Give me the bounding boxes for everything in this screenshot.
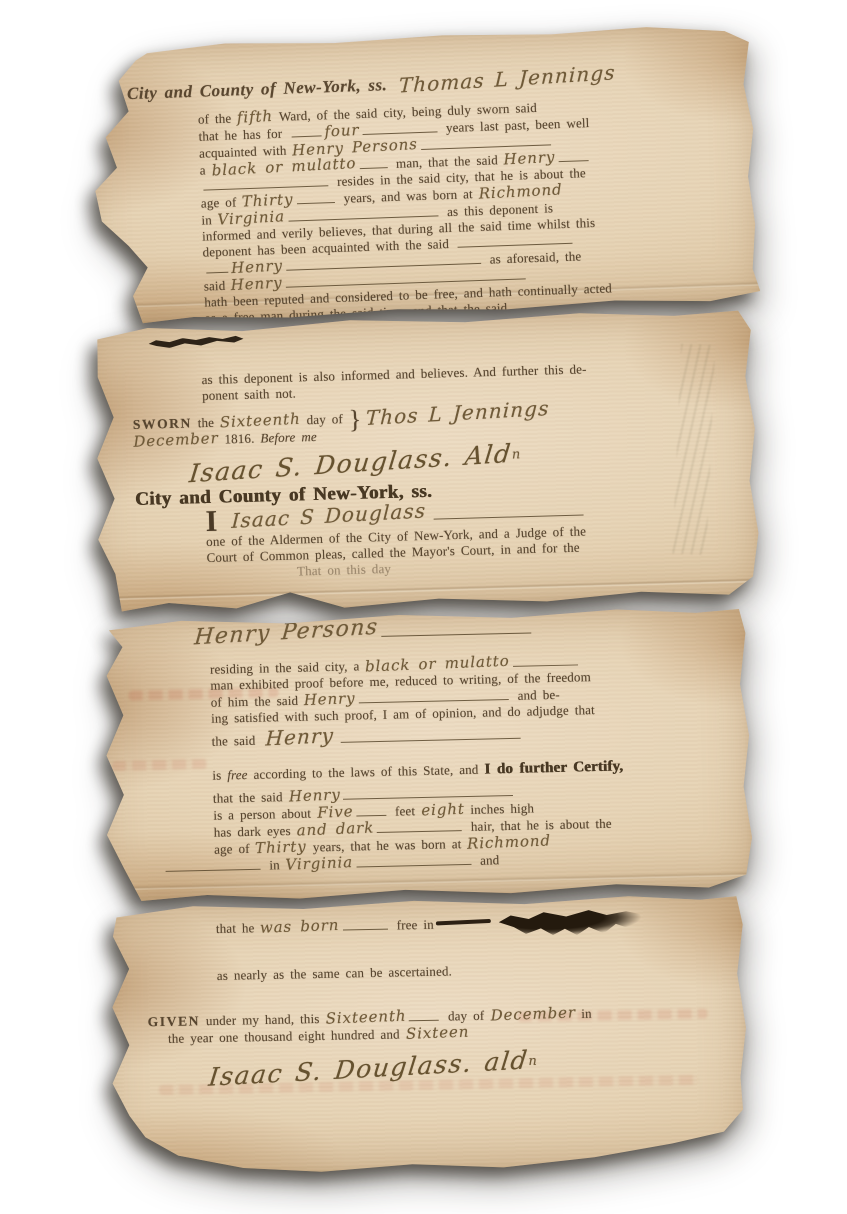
handwritten-entry: Sixteenth: [325, 1008, 406, 1027]
document-strip-3: Henry Personsresiding in the said city, …: [89, 605, 755, 904]
handwritten-entry: Henry: [231, 274, 284, 293]
printed-text: in: [201, 212, 218, 228]
handwritten-signature: Isaac S. Douglass. Ald: [188, 446, 512, 482]
handwritten-name: Thomas L Jennings: [398, 64, 615, 93]
signature-superscript: n: [528, 1054, 537, 1069]
handwritten-name: Henry: [265, 727, 334, 746]
blank-fill-rule: [288, 204, 438, 221]
ink-strike: [436, 919, 491, 925]
strip-4-text: that he was born free inas nearly as the…: [95, 892, 748, 1086]
printed-text: under my hand, this: [200, 1011, 326, 1028]
handwritten-entry: and dark: [296, 819, 374, 838]
blank-fill-rule: [206, 261, 228, 274]
scanned-document: City and County of New-York, ss. Thomas …: [0, 0, 847, 1214]
blank-fill-rule: [343, 784, 513, 800]
printed-text: that the said: [213, 789, 289, 806]
handwritten-entry: Thirty: [242, 191, 294, 210]
strip-1-text: City and County of New-York, ss. Thomas …: [75, 22, 765, 348]
printed-text: that he has for: [198, 126, 288, 144]
document-line: Isaac S. Douglass. Aldn: [189, 441, 751, 481]
printed-text: of the: [198, 110, 238, 126]
handwritten-entry: fifth: [237, 108, 274, 126]
blank-fill-rule: [165, 858, 260, 872]
printed-text: the said: [211, 733, 261, 749]
strip-2-text: as this deponent is also informed and be…: [80, 307, 762, 586]
blank-fill-rule: [558, 149, 588, 162]
blank-fill-rule: [381, 621, 531, 636]
blank-fill-rule: [362, 120, 437, 135]
handwritten-name: Henry Persons: [194, 620, 379, 647]
printed-text: 1816.: [218, 430, 260, 446]
printed-italic-text: free: [227, 767, 248, 782]
blank-fill-rule: [356, 804, 386, 817]
handwritten-entry: was born: [260, 917, 340, 936]
handwritten-entry: eight: [421, 801, 465, 819]
printed-text: in: [263, 857, 286, 873]
printed-text: day of: [442, 1008, 490, 1024]
blackletter-phrase: I do further Certify,: [484, 758, 623, 777]
printed-text: is a person about: [213, 805, 317, 822]
blank-fill-rule: [377, 819, 462, 833]
handwritten-entry: Henry: [304, 690, 356, 708]
handwritten-signature: Isaac S. Douglass. ald: [208, 1052, 529, 1085]
handwritten-entry: December: [490, 1004, 576, 1023]
blank-fill-rule: [343, 918, 388, 931]
document-strip-2: as this deponent is also informed and be…: [80, 307, 763, 616]
handwritten-entry: Virginia: [285, 854, 353, 873]
handwritten-entry: Henry: [503, 149, 556, 168]
handwritten-name: Thos L Jennings: [365, 400, 550, 426]
document-strip-2-wrap: as this deponent is also informed and be…: [84, 316, 759, 606]
printed-brace: }: [348, 405, 361, 434]
printed-header-text: City and County of New-York, ss.: [127, 75, 395, 103]
blank-fill-rule: [433, 504, 583, 520]
printed-text: free in: [391, 917, 434, 933]
blank-fill-rule: [359, 156, 387, 169]
strip-3-text: Henry Personsresiding in the said city, …: [89, 605, 755, 878]
printed-text: and: [474, 852, 499, 868]
printed-italic-text: Before me: [260, 429, 317, 446]
blank-fill-rule: [359, 688, 509, 703]
printed-text: age of: [214, 841, 256, 857]
printed-text: according to the laws of this State, and: [247, 762, 484, 782]
handwritten-entry: December: [133, 430, 219, 450]
document-strip-1: City and County of New-York, ss. Thomas …: [75, 22, 764, 326]
printed-text: day of: [301, 411, 349, 427]
torn-partial-text: That on this day: [297, 561, 391, 579]
document-line: Henry Persons: [194, 615, 741, 645]
handwritten-entry: Richmond: [467, 832, 551, 851]
document-strip-3-wrap: Henry Personsresiding in the said city, …: [92, 612, 752, 896]
handwritten-entry: Five: [317, 803, 354, 820]
ink-smear: [148, 334, 243, 349]
printed-text: said: [204, 278, 232, 294]
handwritten-entry: Richmond: [478, 181, 563, 201]
handwritten-entry: Sixteenth: [220, 411, 301, 431]
printed-text: ponent saith not.: [202, 385, 296, 403]
printed-text: in: [575, 1006, 592, 1021]
document-strip-4: that he was born free inas nearly as the…: [95, 892, 750, 1176]
handwritten-entry: Henry: [288, 786, 340, 804]
handwritten-name: Isaac S Douglass: [231, 502, 426, 529]
signature-superscript: n: [512, 447, 521, 462]
handwritten-entry: Virginia: [217, 208, 285, 228]
blank-fill-rule: [516, 297, 591, 312]
blank-fill-rule: [513, 653, 578, 666]
document-line: [148, 319, 747, 352]
handwritten-entry: four: [324, 122, 360, 140]
printed-text: is: [212, 767, 227, 782]
printed-text: and be-: [512, 687, 560, 703]
printed-smallcaps-text: GIVEN: [148, 1013, 201, 1029]
blank-fill-rule: [291, 124, 321, 137]
printed-text: feet: [389, 803, 421, 819]
printed-text: as aforesaid, the: [484, 248, 582, 266]
blank-fill-rule: [409, 1009, 439, 1022]
document-line: as nearly as the same can be ascertained…: [217, 958, 739, 984]
printed-text: age of: [201, 194, 243, 210]
document-strip-1-wrap: City and County of New-York, ss. Thomas …: [80, 34, 760, 314]
printed-text: the year one thousand eight hundred and: [168, 1026, 406, 1046]
ink-blot: [499, 908, 649, 937]
blank-fill-rule: [297, 191, 335, 204]
printed-text: as nearly as the same can be ascertained…: [217, 963, 452, 983]
blank-fill-rule: [421, 133, 551, 150]
printed-text: of him the said: [211, 693, 305, 710]
handwritten-entry: Sixteen: [405, 1024, 469, 1042]
handwritten-entry: Thirty: [255, 838, 307, 856]
document-line: Isaac S. Douglass. aldn: [208, 1050, 740, 1084]
printed-text: that he: [216, 920, 261, 936]
blank-fill-rule: [458, 232, 573, 248]
blank-fill-rule: [356, 853, 471, 868]
printed-text: inches high: [464, 800, 534, 817]
printed-text: a: [199, 162, 211, 177]
blank-fill-rule: [341, 727, 521, 743]
document-strip-4-wrap: that he was born free inas nearly as the…: [98, 898, 748, 1170]
document-line: that he was born free in: [216, 906, 738, 942]
